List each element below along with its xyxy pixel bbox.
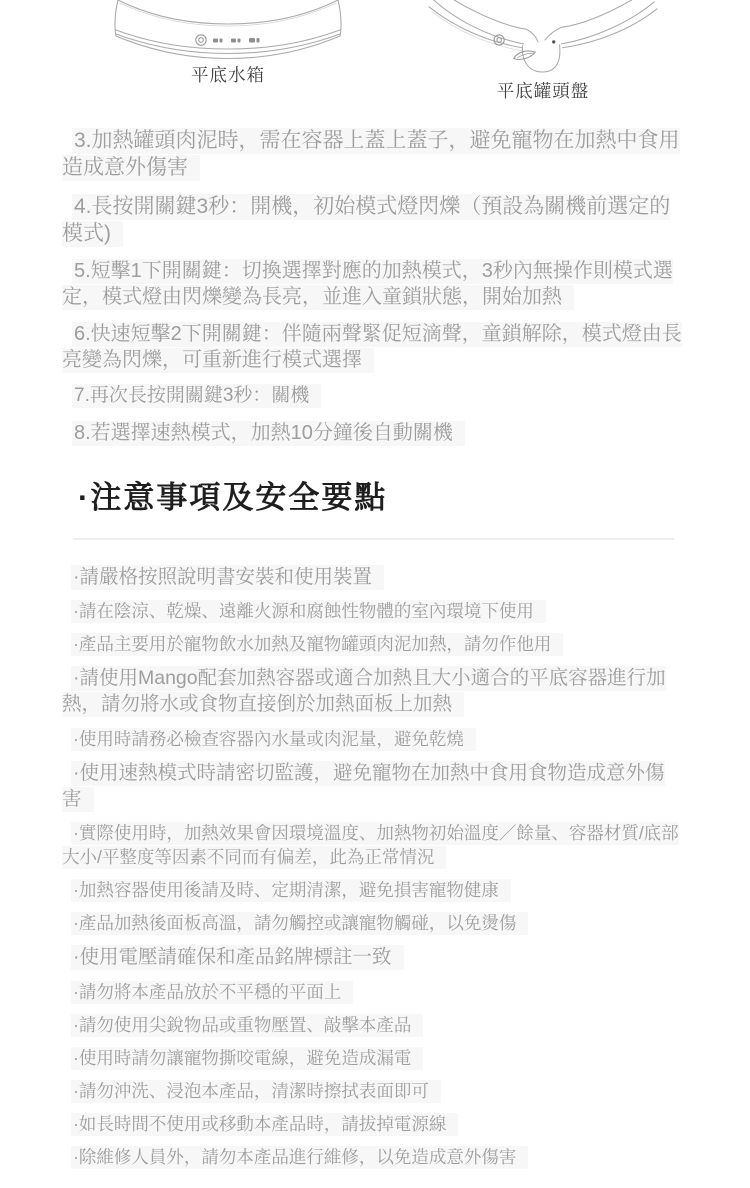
- bullet-item: ·使用時請務必檢查容器內水量或肉泥量，避免乾燒: [62, 728, 692, 751]
- can-tray-illustration: [425, 0, 661, 78]
- bullet-item: ·使用電壓請確保和產品銘牌標註一致: [62, 945, 692, 971]
- instruction-item: 4.長按開關鍵3秒：開機，初始模式燈閃爍（預設為關機前選定的模式): [62, 193, 686, 248]
- instruction-item: 5.短擊1下開關鍵：切換選擇對應的加熱模式，3秒內無操作則模式選定，模式燈由閃爍…: [62, 258, 686, 310]
- instruction-item: 8.若選擇速熱模式，加熱10分鐘後自動關機: [62, 420, 686, 446]
- instruction-item: 6.快速短擊2下開關鍵：伴隨兩聲緊促短滴聲，童鎖解除，模式燈由長亮變為閃爍，可重…: [62, 321, 686, 373]
- can-tray-label: 平底罐頭盤: [425, 78, 661, 103]
- bullet-item: ·加熱容器使用後請及時、定期清潔，避免損害寵物健康: [62, 879, 692, 902]
- bullet-item: ·使用速熱模式時請密切監護，避免寵物在加熱中食用食物造成意外傷害: [62, 761, 692, 812]
- instruction-item: 7.再次長按開關鍵3秒：關機: [62, 384, 686, 409]
- bullet-item: ·使用時請勿讓寵物撕咬電線，避免造成漏電: [62, 1047, 692, 1070]
- water-tank-illustration: [112, 0, 344, 62]
- safety-bullet-list: ·請嚴格按照說明書安裝和使用裝置 ·請在陰涼、乾燥、遠離火源和腐蝕性物體的室內環…: [0, 540, 750, 1170]
- bullet-item: ·實際使用時，加熱效果會因環境溫度、加熱物初始溫度／餘量、容器材質/底部大小/平…: [62, 822, 692, 868]
- bullet-item: ·產品主要用於寵物飲水加熱及寵物罐頭肉泥加熱，請勿作他用: [62, 633, 692, 656]
- bullet-item: ·請嚴格按照說明書安裝和使用裝置: [62, 565, 692, 591]
- bullet-item: ·請在陰涼、乾燥、遠離火源和腐蝕性物體的室內環境下使用: [62, 600, 692, 623]
- bullet-item: ·請勿使用尖銳物品或重物壓置、敲擊本產品: [62, 1014, 692, 1037]
- product-illustrations: 平底水箱 平底罐頭盤: [0, 0, 750, 104]
- bullet-item: ·請使用Mango配套加熱容器或適合加熱且大小適合的平底容器進行加熱，請勿將水或…: [62, 666, 692, 717]
- operating-instructions: 3.加熱罐頭肉泥時，需在容器上蓋上蓋子，避免寵物在加熱中食用造成意外傷害 4.長…: [0, 104, 750, 446]
- panel-marks: [213, 38, 260, 43]
- bullet-item: ·如長時間不使用或移動本產品時，請拔掉電源線: [62, 1113, 692, 1136]
- section-title: ·注意事項及安全要點: [78, 480, 690, 516]
- water-tank-label: 平底水箱: [112, 62, 344, 87]
- bullet-item: ·請勿沖洗、浸泡本產品，清潔時擦拭表面即可: [62, 1080, 692, 1103]
- bullet-item: ·請勿將本產品放於不平穩的平面上: [62, 981, 692, 1004]
- bullet-item: ·除維修人員外，請勿本產品進行維修，以免造成意外傷害: [62, 1146, 692, 1169]
- instruction-item: 3.加熱罐頭肉泥時，需在容器上蓋上蓋子，避免寵物在加熱中食用造成意外傷害: [62, 127, 686, 182]
- product-description-page: { "hero": { "left_caption": "平底水箱", "rig…: [0, 0, 750, 1188]
- bullet-item: ·產品加熱後面板高溫，請勿觸控或讓寵物觸碰，以免燙傷: [62, 912, 692, 935]
